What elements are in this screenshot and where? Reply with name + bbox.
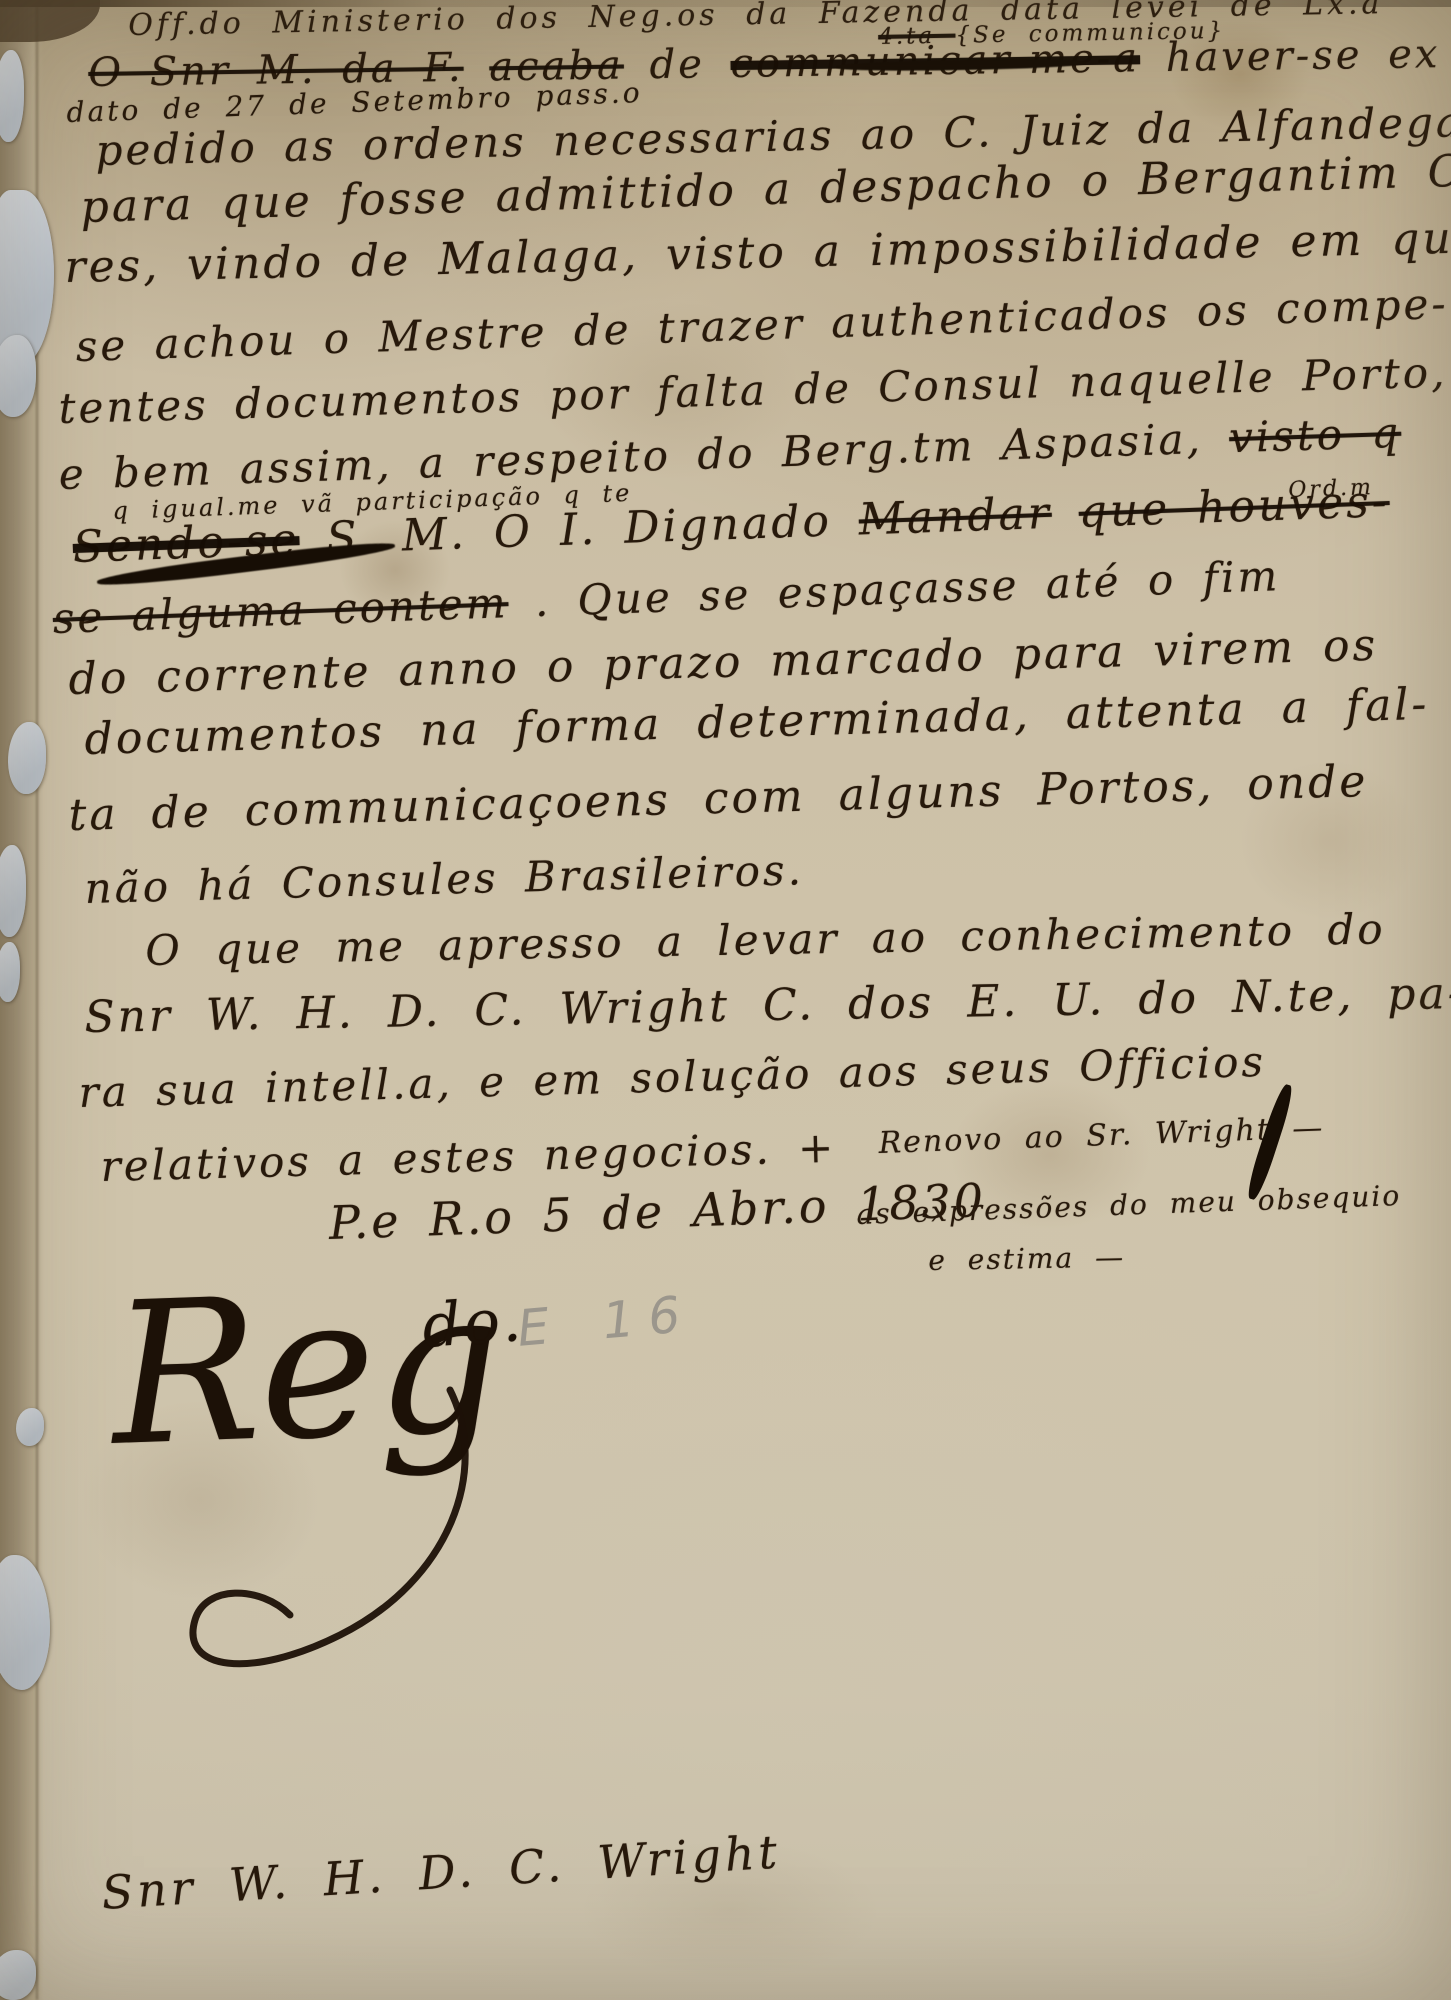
torn-edge-patch (16, 1408, 44, 1446)
manuscript-text (1051, 487, 1080, 539)
signature-flourish (150, 1380, 530, 1720)
pencil-text: E 16 (515, 1285, 696, 1358)
manuscript-text: ta de communicaçoens com alguns Portos, … (68, 756, 1369, 841)
struck-word: Mandar (858, 488, 1053, 546)
manuscript-line: O que me apresso a levar ao conhecimento… (145, 904, 1386, 975)
manuscript-line: ta de communicaçoens com alguns Portos, … (68, 756, 1369, 841)
manuscript-text: O que me apresso a levar ao conhecimento… (145, 904, 1386, 975)
signature-superscript: do. (420, 1285, 526, 1362)
manuscript-text: e estima — (928, 1241, 1125, 1277)
struck-phrase: visto q (1228, 408, 1402, 462)
manuscript-text: Snr W. H. D. C. Wright (100, 1824, 782, 1919)
struck-phrase: que houves- (1078, 476, 1391, 538)
manuscript-text: Snr W. H. D. C. Wright C. dos E. U. do N… (84, 968, 1451, 1043)
manuscript-text: haver-se ex — (1140, 30, 1451, 81)
manuscript-text: relativos a estes negocios. + (100, 1123, 837, 1191)
pencil-annotation: E 16 (515, 1285, 696, 1358)
manuscript-line-addressee-mention: Snr W. H. D. C. Wright C. dos E. U. do N… (84, 968, 1451, 1043)
addressee-line: Snr W. H. D. C. Wright (100, 1824, 782, 1919)
paper-corner-damage (0, 0, 100, 42)
margin-note: e estima — (928, 1241, 1125, 1277)
manuscript-line: não há Consules Brasileiros. (84, 845, 804, 913)
torn-edge-patch (8, 722, 46, 794)
manuscript-line: relativos a estes negocios. + (100, 1123, 837, 1191)
manuscript-line: ra sua intell.a, e em solução aos seus O… (78, 1037, 1267, 1117)
manuscript-text: . Que se espaçasse até o fim (508, 551, 1282, 627)
manuscript-text: não há Consules Brasileiros. (84, 845, 804, 913)
struck-phrase: se alguma contem (52, 578, 509, 643)
manuscript-text: ra sua intell.a, e em solução aos seus O… (78, 1037, 1267, 1117)
manuscript-page: Off.do Ministerio dos Neg.os da Fazenda … (0, 0, 1451, 2000)
signature-text: do. (420, 1285, 526, 1362)
